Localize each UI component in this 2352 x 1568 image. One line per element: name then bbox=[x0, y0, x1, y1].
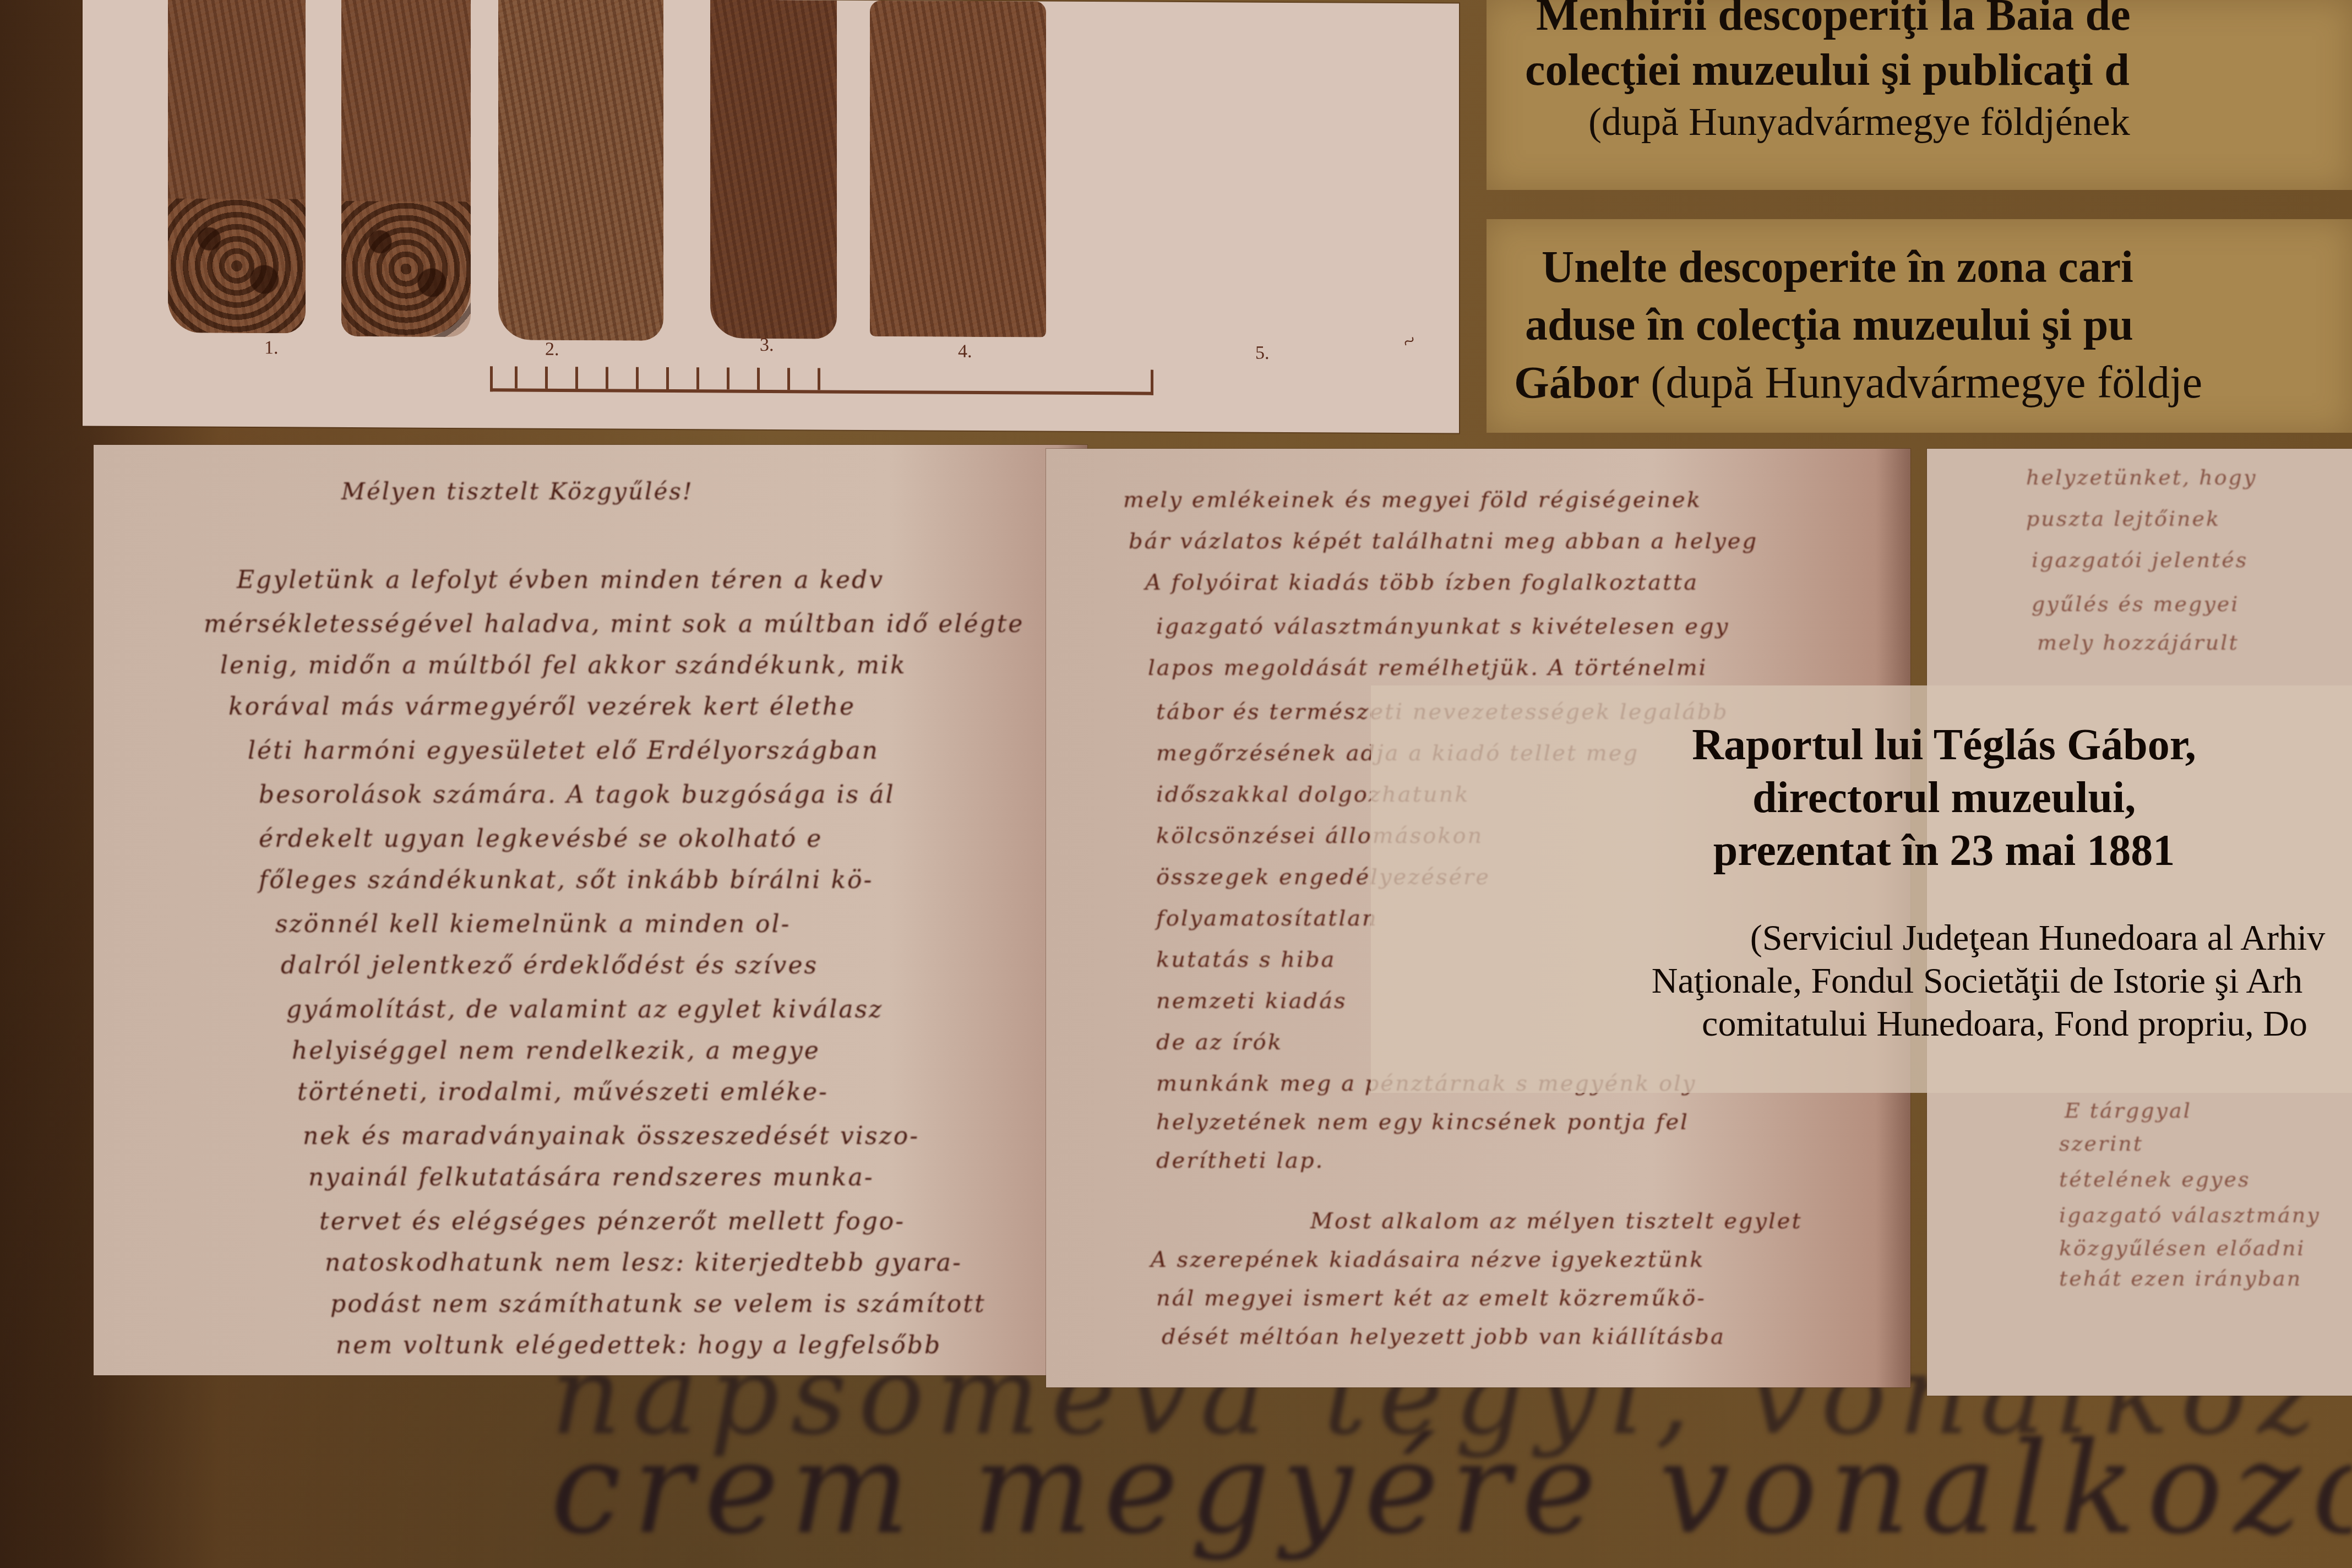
manuscript-line: mely emlékeinek és megyei föld régiségei… bbox=[1123, 487, 1702, 513]
manuscript-line: gyűlés és megyei bbox=[2032, 592, 2240, 616]
manuscript-line: mely hozzájárult bbox=[2037, 630, 2239, 655]
manuscript-line: tételének egyes bbox=[2059, 1167, 2251, 1191]
manuscript-line: érdekelt ugyan legkevésbé se okolható e bbox=[259, 825, 823, 853]
manuscript-line: nek és maradványainak összeszedését visz… bbox=[303, 1122, 919, 1150]
manuscript-line: A szerepének kiadásaira nézve igyekeztün… bbox=[1151, 1247, 1705, 1272]
manuscript-page-1: Mélyen tisztelt Közgyűlés! Egyletünk a l… bbox=[94, 445, 1087, 1375]
manuscript-line: puszta lejtőinek bbox=[2026, 507, 2220, 531]
manuscript-line: podást nem számíthatunk se velem is szám… bbox=[330, 1290, 986, 1318]
manuscript-line: Egyletünk a lefolyt évben minden téren a… bbox=[237, 566, 884, 594]
manuscript-line: dalról jelentkező érdeklődést és szíves bbox=[281, 951, 818, 979]
caption-box: Raportul lui Téglás Gábor, directorul mu… bbox=[1371, 685, 2352, 1093]
figure-number-1: 1. bbox=[264, 337, 279, 358]
manuscript-line: igazgató választmány bbox=[2059, 1203, 2321, 1227]
caption-title-line-3: prezentat în 23 mai 1881 bbox=[1371, 824, 2352, 877]
manuscript-line: nem voltunk elégedettek: hogy a legfelső… bbox=[336, 1331, 941, 1359]
caption-title: Raportul lui Téglás Gábor, directorul mu… bbox=[1371, 718, 2352, 877]
manuscript-line: A folyóirat kiadás több ízben foglalkozt… bbox=[1145, 570, 1698, 595]
menhir-4 bbox=[710, 0, 837, 339]
caption-title-line-2: directorul muzeului, bbox=[1371, 771, 2352, 824]
manuscript-line: tehát ezen irányban bbox=[2059, 1266, 2302, 1291]
menhir-2 bbox=[341, 0, 471, 337]
label-menhirs-line-1: Menhirii descoperiţi la Baia de bbox=[1536, 0, 2131, 41]
label-tools-line-1: Unelte descoperite în zona cari bbox=[1542, 241, 2133, 293]
manuscript-line: mérsékletességével haladva, mint sok a m… bbox=[204, 610, 1024, 638]
caption-source-line-3: comitatului Hunedoara, Fond propriu, Do bbox=[1371, 1003, 2352, 1046]
label-menhirs-line-3: (după Hunyadvármegye földjének bbox=[1588, 99, 2130, 145]
label-tools-line-3: Gábor (după Hunyadvármegye földje bbox=[1514, 357, 2202, 409]
manuscript-line: léti harmóni egyesületet elő Erdélyorszá… bbox=[248, 737, 879, 765]
figure-number-5: 5. bbox=[1255, 343, 1270, 364]
manuscript-line: nál megyei ismert két az emelt közreműkö… bbox=[1156, 1286, 1706, 1311]
manuscript-line: natoskodhatunk nem lesz: kiterjedtebb gy… bbox=[325, 1249, 962, 1277]
caption-source-line-2: Naţionale, Fondul Societăţii de Istorie … bbox=[1371, 960, 2352, 1003]
manuscript-line: de az írók bbox=[1156, 1030, 1283, 1055]
manuscript-line: helyzetünket, hogy bbox=[2026, 465, 2257, 489]
manuscript-line: helyiséggel nem rendelkezik, a megye bbox=[292, 1037, 820, 1065]
manuscript-line: nyainál felkutatására rendszeres munka- bbox=[308, 1163, 874, 1191]
manuscript-line: E tárggyal bbox=[2065, 1098, 2192, 1123]
label-menhirs: Menhirii descoperiţi la Baia de colecţie… bbox=[1487, 0, 2352, 190]
manuscript-line: korával más vármegyéről vezérek kert éle… bbox=[228, 693, 856, 721]
manuscript-line: igazgatói jelentés bbox=[2032, 548, 2248, 572]
manuscript-heading: Mélyen tisztelt Közgyűlés! bbox=[341, 478, 694, 505]
measuring-scale bbox=[490, 366, 1153, 395]
engraver-signature: ~ bbox=[1397, 327, 1420, 356]
caption-source-line-1: (Serviciul Judeţean Hunedoara al Arhiv bbox=[1371, 917, 2352, 960]
figure-number-2: 2. bbox=[545, 339, 559, 360]
label-tools-name: Gábor bbox=[1514, 357, 1640, 407]
manuscript-line: szönnél kell kiemelnünk a minden ol- bbox=[275, 910, 791, 938]
manuscript-line: kutatás s hiba bbox=[1156, 947, 1336, 972]
manuscript-line: besorolások számára. A tagok buzgósága i… bbox=[259, 781, 895, 809]
manuscript-line: dését méltóan helyezett jobb van kiállít… bbox=[1162, 1324, 1725, 1349]
manuscript-line: lapos megoldását remélhetjük. A történel… bbox=[1148, 655, 1707, 680]
menhir-5 bbox=[870, 1, 1046, 337]
label-tools: Unelte descoperite în zona cari aduse în… bbox=[1487, 219, 2352, 433]
manuscript-line: gyámolítást, de valamint az egylet kivál… bbox=[286, 995, 883, 1023]
manuscript-line: bár vázlatos képét találhatni meg abban … bbox=[1129, 529, 1758, 554]
manuscript-line: igazgató választmányunkat s kivételesen … bbox=[1156, 614, 1729, 639]
manuscript-line: lenig, midőn a múltból fel akkor szándék… bbox=[220, 651, 907, 679]
menhir-3 bbox=[498, 0, 663, 341]
manuscript-line: közgyűlésen előadni bbox=[2059, 1236, 2306, 1260]
menhir-1 bbox=[168, 0, 306, 334]
manuscript-line: történeti, irodalmi, művészeti emléke- bbox=[297, 1078, 829, 1106]
manuscript-line: nemzeti kiadás bbox=[1156, 988, 1347, 1014]
manuscript-line: Most alkalom az mélyen tisztelt egylet bbox=[1310, 1208, 1803, 1234]
label-menhirs-line-2: colecţiei muzeului şi publicaţi d bbox=[1525, 44, 2130, 96]
figure-number-4: 4. bbox=[958, 341, 972, 362]
manuscript-line: helyzetének nem egy kincsének pontja fel bbox=[1156, 1109, 1689, 1135]
manuscript-line: tervet és elégséges pénzerőt mellett fog… bbox=[319, 1207, 905, 1235]
manuscript-line: folyamatosítatlan bbox=[1156, 906, 1378, 931]
caption-title-line-1: Raportul lui Téglás Gábor, bbox=[1371, 718, 2352, 771]
background-script: crem megyére vonalkozó bbox=[551, 1426, 2352, 1568]
label-tools-line-2: aduse în colecţia muzeului şi pu bbox=[1525, 299, 2133, 351]
caption-source: (Serviciul Judeţean Hunedoara al Arhiv N… bbox=[1371, 917, 2352, 1046]
label-tools-source: (după Hunyadvármegye földje bbox=[1651, 357, 2202, 407]
figure-number-3: 3. bbox=[760, 335, 774, 356]
manuscript-line: derítheti lap. bbox=[1156, 1148, 1324, 1173]
manuscript-line: főleges szándékunkat, sőt inkább bírálni… bbox=[259, 866, 873, 894]
manuscript-line: szerint bbox=[2059, 1131, 2143, 1156]
menhir-engraving: 1. 2. 3. 4. 5. ~ bbox=[83, 0, 1459, 433]
